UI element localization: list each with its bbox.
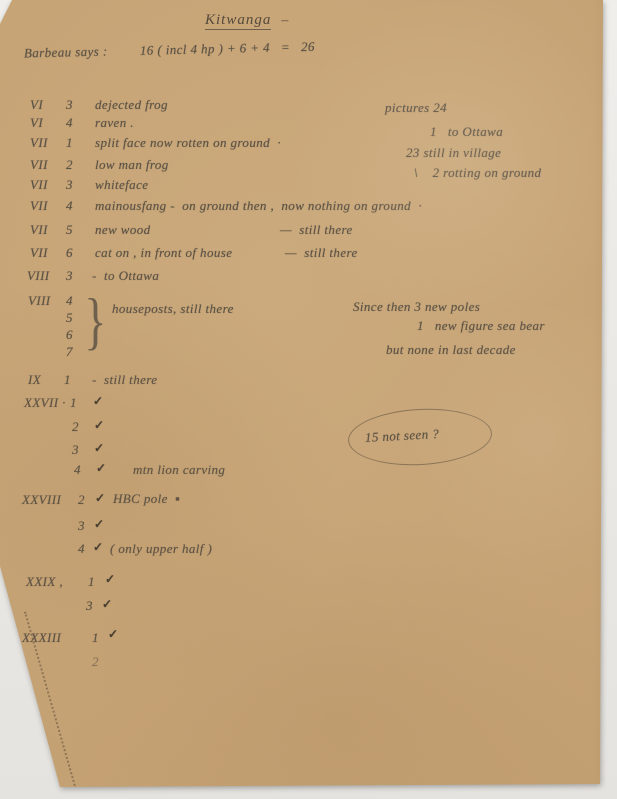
roman-numeral: VIII [28,293,51,309]
new-figure-line: 1 new figure sea bear [417,318,545,334]
checkmark: ✓ [94,418,104,433]
entry-number: 4 [78,541,85,557]
entry-number: 3 [66,177,73,193]
entry-row: VI 4 raven . [0,115,617,133]
roman-numeral: VII [30,135,48,151]
entry-text: raven . [95,115,134,131]
roman-numeral: VII [30,245,48,261]
entry-text: dejected frog [95,97,168,113]
since-line: Since then 3 new poles [353,299,480,315]
entry-row: VII 1 split face now rotten on ground · [0,135,617,153]
stitch-line [24,611,77,788]
since-then-notes: Since then 3 new poles 1 new figure sea … [0,0,617,799]
pictures-rotting: \ 2 rotting on ground [414,165,541,181]
entry-number: 4 [66,293,73,309]
entry-text: ( only upper half ) [110,541,212,557]
houseposts-label: houseposts, still there [112,301,234,317]
entry-text: low man frog [95,157,169,173]
circled-text: 15 not seen ? [365,426,440,446]
entry-number: 1 [92,630,99,646]
entry-number: 7 [66,344,73,360]
roman-numeral: VII [30,198,48,214]
roman-numeral: IX [28,372,41,388]
pictures-in-village: 23 still in village [406,145,501,161]
entry-note: — still there [285,245,358,261]
circled-annotation: 15 not seen ? [347,405,494,468]
entry-number: 4 [66,198,73,214]
entry-number: 1 [70,395,77,411]
entry-number: 3 [78,518,85,534]
checkmark: ✓ [96,461,106,476]
entry-number: 2 [66,157,73,173]
roman-numeral: XXIX , [26,574,63,590]
entry-text: - still there [92,372,157,388]
entry-number: 5 [66,310,73,326]
page-title-line: Kitwanga– [205,11,288,29]
entry-number: 3 [72,442,79,458]
roman-numeral: XXVIII [22,492,61,508]
header-prefix: Barbeau says : [24,44,108,62]
entry-row: VII 4 mainousfang - on ground then , now… [0,198,617,216]
entry-text: whiteface [95,177,148,193]
entry-row: VII 2 low man frog [0,157,617,175]
roman-numeral: VI [30,115,43,131]
roman-numeral: VII [30,177,48,193]
roman-numeral: XXVII · [24,395,66,411]
entry-text: mtn lion carving [133,462,225,478]
title-dash: – [281,13,288,28]
entry-number: 1 [64,372,71,388]
entry-number: 1 [88,574,95,590]
checkmark: ✓ [108,627,118,642]
checkmark: ✓ [94,517,104,532]
entry-number: 3 [66,97,73,113]
roman-numeral: VIII [27,268,50,284]
entry-number: 1 [66,135,73,151]
entry-number: 3 [86,598,93,614]
entry-number: 2 [78,492,85,508]
entry-text: split face now rotten on ground · [95,135,281,151]
pictures-tally: pictures 24 1 to Ottawa 23 still in vill… [0,0,617,799]
entry-number: 2 [72,419,79,435]
entry-text: cat on , in front of house [95,245,232,261]
checkmark: ✓ [105,572,115,587]
entry-number: 2 [92,654,99,670]
entry-text: new wood [95,222,151,238]
checkmark: ✓ [93,540,103,555]
entry-row: VIII 3 - to Ottawa [0,268,617,286]
entry-number: 6 [66,245,73,261]
entry-row: VII 6 cat on , in front of house — still… [0,245,617,263]
entry-number: 3 [66,268,73,284]
pictures-heading: pictures 24 [385,100,447,116]
last-decade-line: but none in last decade [386,342,516,358]
checkmark: ✓ [94,441,104,456]
pictures-to-ottawa: 1 to Ottawa [430,124,503,140]
page-title: Kitwanga [205,12,271,30]
entry-note: — still there [280,222,353,238]
entry-text: HBC pole ▪ [113,491,180,507]
paper: Kitwanga– Barbeau says : 16 ( incl 4 hp … [0,0,617,799]
entry-number: 5 [66,222,73,238]
entry-number: 6 [66,327,73,343]
entry-number: 4 [74,462,81,478]
entry-row: VI 3 dejected frog [0,97,617,115]
entry-row: VII 5 new wood — still there [0,222,617,240]
group-xxix: XXIX , 1 ✓ 3 ✓ [0,0,617,799]
scanned-document: { "colors": { "paper": "#c6a375", "backg… [0,0,617,799]
entry-row: IX 1 - still there [0,372,617,390]
header-line: Barbeau says : 16 ( incl 4 hp ) + 6 + 4 … [0,32,617,64]
checkmark: ✓ [95,491,105,506]
header-formula: 16 ( incl 4 hp ) + 6 + 4 = 26 [140,39,315,59]
entry-text: - to Ottawa [92,268,159,284]
entry-row: VII 3 whiteface [0,177,617,195]
entry-number: 4 [66,115,73,131]
entry-text: mainousfang - on ground then , now nothi… [95,198,422,214]
paper-shadow-wrap: Kitwanga– Barbeau says : 16 ( incl 4 hp … [0,0,617,799]
houseposts-group: VIII 4 5 6 7 } houseposts, still there [0,0,617,799]
roman-numeral: VI [30,97,43,113]
group-xxxiii: XXXIII 1 ✓ 2 [0,0,617,799]
roman-numeral: VII [30,222,48,238]
brace-glyph: } [84,284,106,358]
checkmark: ✓ [102,597,112,612]
checkmark: ✓ [93,394,103,409]
roman-numeral: VII [30,157,48,173]
group-xxvii: XXVII · 1 ✓ 2 ✓ 3 ✓ 4 ✓ mtn lion carving [0,0,617,799]
group-xxviii: XXVIII 2 ✓ HBC pole ▪ 3 ✓ 4 ✓ ( only upp… [0,0,617,799]
roman-numeral: XXXIII [22,630,61,646]
